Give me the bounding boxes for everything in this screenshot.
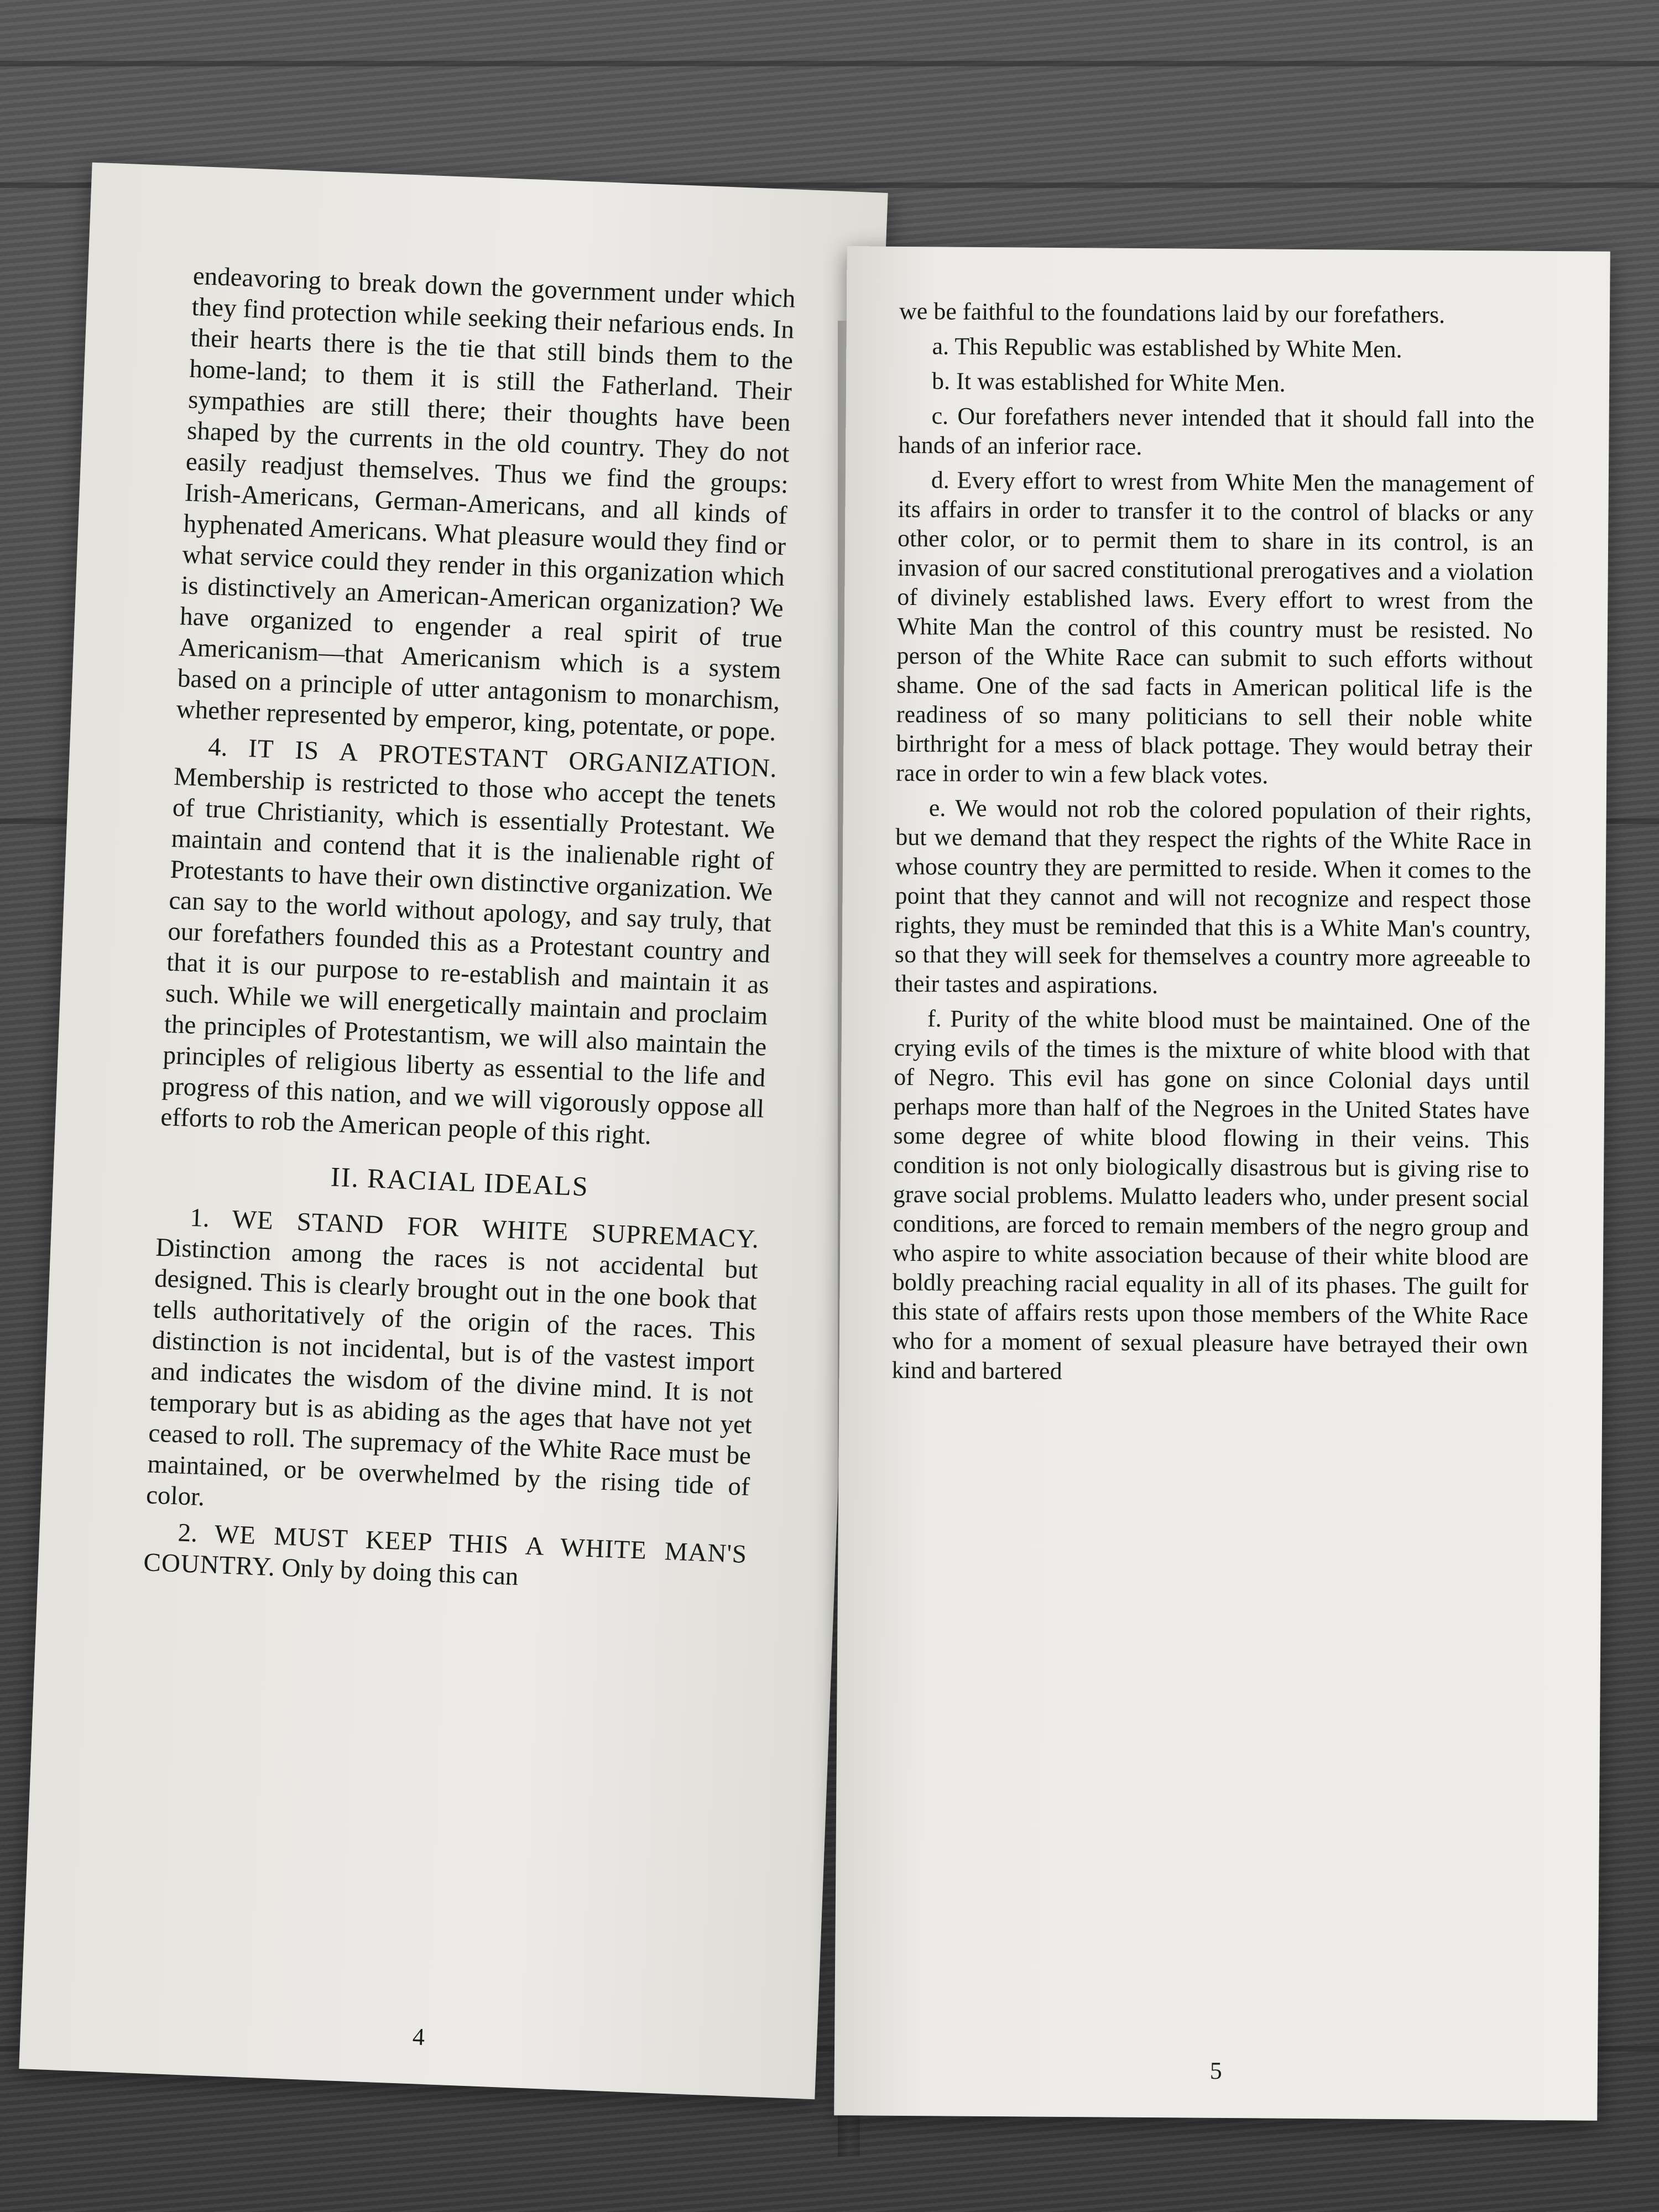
lettered-paragraph: b. It was established for White Men.	[899, 366, 1535, 400]
item-label: e.	[929, 794, 946, 821]
page-number: 4	[20, 2007, 817, 2066]
item-text: Distinction among the races is not accid…	[145, 1233, 758, 1512]
table-plank-seam	[0, 61, 1659, 66]
item-label: a.	[932, 332, 949, 359]
item-number: 4.	[207, 732, 228, 761]
item-text: We would not rob the colored population …	[894, 795, 1532, 999]
paragraph: we be faithful to the foundations laid b…	[899, 296, 1535, 330]
left-page: endeavoring to break down the government…	[19, 163, 888, 2100]
item-label: c.	[932, 402, 949, 429]
item-text: Every effort to wrest from White Men the…	[896, 467, 1534, 789]
section-heading: II. RACIAL IDEALS	[158, 1155, 761, 1209]
left-page-text: endeavoring to break down the government…	[143, 260, 796, 1606]
item-text: It was established for White Men.	[956, 368, 1286, 397]
item-label: d.	[931, 466, 950, 493]
paragraph: endeavoring to break down the government…	[176, 260, 796, 748]
right-page: we be faithful to the foundations laid b…	[834, 246, 1610, 2121]
page-number: 5	[834, 2054, 1598, 2088]
lettered-paragraph: f. Purity of the white blood must be mai…	[891, 1004, 1530, 1389]
item-label: f.	[927, 1005, 942, 1032]
item-text: Membership is restricted to those who ac…	[160, 762, 777, 1150]
lettered-paragraph: e. We would not rob the colored populati…	[894, 793, 1532, 1003]
right-page-text: we be faithful to the foundations laid b…	[891, 296, 1535, 1395]
lettered-paragraph: a. This Republic was established by Whit…	[899, 331, 1535, 365]
item-label: b.	[932, 367, 950, 394]
item-text: This Republic was established by White M…	[954, 333, 1402, 363]
item-text: Only by doing this can	[281, 1553, 519, 1591]
lettered-paragraph: c. Our forefathers never intended that i…	[898, 401, 1535, 464]
item-number: 1.	[190, 1203, 210, 1233]
numbered-paragraph: 1. WE STAND FOR WHITE SUPREMACY. Distinc…	[145, 1201, 760, 1533]
item-number: 2.	[178, 1518, 198, 1547]
open-pamphlet: endeavoring to break down the government…	[33, 166, 1637, 2101]
lettered-paragraph: d. Every effort to wrest from White Men …	[896, 465, 1534, 792]
numbered-paragraph: 4. IT IS A PROTESTANT ORGANIZATION. Memb…	[160, 730, 778, 1155]
item-text: Our forefathers never intended that it s…	[898, 403, 1535, 460]
item-text: Purity of the white blood must be mainta…	[891, 1005, 1530, 1385]
